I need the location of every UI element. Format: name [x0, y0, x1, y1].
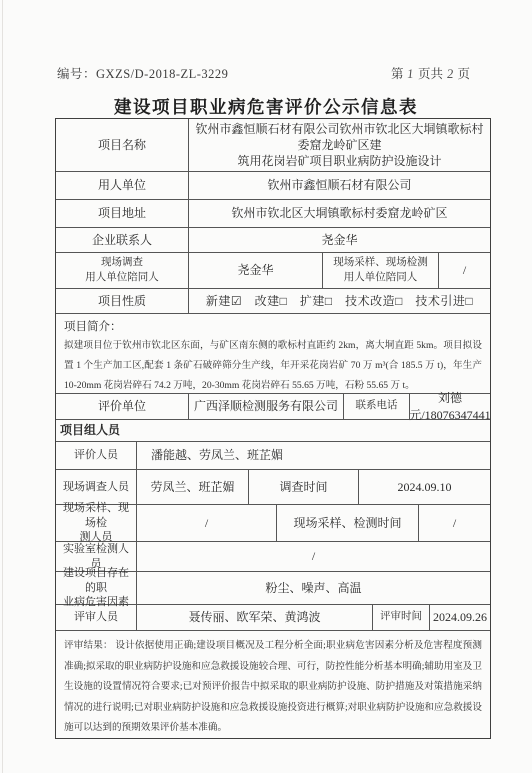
phone-label: 联系电话	[343, 394, 409, 419]
project-intro-cell: 项目简介： 拟建项目位于钦州市钦北区东面，与矿区南东侧的歌标村直距约 2km，离…	[56, 314, 490, 393]
table-row: 企业联系人 尧金华	[56, 227, 490, 252]
table-row: 评价人员 潘能越、劳凤兰、班芷媚	[56, 441, 490, 469]
survey-escort-label: 现场调查 用人单位陪同人	[56, 253, 188, 288]
survey-staff-label: 现场调查人员	[56, 470, 136, 504]
document-number-value: GXZS/D-2018-ZL-3229	[96, 67, 228, 81]
scanned-document-page: 编号：GXZS/D-2018-ZL-3229 第1页共2页 建设项目职业病危害评…	[0, 0, 532, 773]
review-result-cell: 评审结果： 设计依据使用正确;建设项目概况及工程分析全面;职业病危害因素分析及危…	[56, 631, 490, 738]
phone-value: 刘德元/18076347441	[409, 394, 490, 419]
table-row: 评审人员 聂传丽、欧军荣、黄鸿波 评审时间 2024.09.26	[56, 604, 490, 630]
reviewers-label: 评审人员	[56, 605, 136, 630]
document-number-label: 编号：	[57, 67, 96, 81]
lab-staff-value: /	[136, 542, 490, 571]
page-suffix: 页	[457, 67, 470, 81]
evaluator-org-label: 评价单位	[56, 394, 188, 419]
table-row: 项目名称 钦州市鑫恒顺石材有限公司钦州市钦北区大垌镇歌标村委窟龙岭矿区建 筑用花…	[56, 119, 490, 171]
contact-value: 尧金华	[188, 228, 490, 252]
employer-value: 钦州市鑫恒顺石材有限公司	[188, 172, 490, 199]
sampling-time-label: 现场采样、检测时间	[276, 505, 418, 541]
table-row: 用人单位 钦州市鑫恒顺石材有限公司	[56, 171, 490, 199]
address-value: 钦州市钦北区大垌镇歌标村委窟龙岭矿区	[188, 200, 490, 227]
table-row: 项目组人员	[56, 419, 490, 441]
table-row: 建设项目存在的职 业病危害因素 粉尘、噪声、高温	[56, 571, 490, 604]
table-row: 评审结果： 设计依据使用正确;建设项目概况及工程分析全面;职业病危害因素分析及危…	[56, 630, 490, 738]
page-total-number: 2	[442, 66, 458, 82]
document-title: 建设项目职业病危害评价公示信息表	[0, 94, 532, 119]
sampling-staff-label: 现场采样、现场检 测人员	[56, 505, 136, 541]
sampling-time-value: /	[418, 505, 490, 541]
survey-time-value: 2024.09.10	[358, 470, 490, 504]
sampling-escort-label: 现场采样、现场检测 用人单位陪同人	[322, 253, 438, 288]
table-row: 现场采样、现场检 测人员 / 现场采样、检测时间 /	[56, 504, 490, 541]
project-nature-label: 项目性质	[56, 289, 188, 313]
hazards-value: 粉尘、噪声、高温	[136, 572, 490, 604]
page-current-number: 1	[403, 66, 419, 82]
page-middle: 页共	[418, 67, 443, 81]
review-time-label: 评审时间	[372, 605, 429, 630]
sampling-staff-value: /	[136, 505, 276, 541]
hazards-label: 建设项目存在的职 业病危害因素	[56, 572, 136, 604]
table-row: 评价单位 广西泽顺检测服务有限公司 联系电话 刘德元/18076347441	[56, 393, 490, 419]
info-table: 项目名称 钦州市鑫恒顺石材有限公司钦州市钦北区大垌镇歌标村委窟龙岭矿区建 筑用花…	[55, 118, 491, 739]
table-row: 现场调查人员 劳凤兰、班芷媚 调查时间 2024.09.10	[56, 469, 490, 504]
team-section-header: 项目组人员	[56, 420, 490, 441]
page-number-indicator: 第1页共2页	[391, 64, 470, 82]
review-result-text: 评审结果： 设计依据使用正确;建设项目概况及工程分析全面;职业病危害因素分析及危…	[64, 636, 482, 739]
employer-label: 用人单位	[56, 172, 188, 199]
table-row: 项目性质 新建☑ 改建□ 扩建□ 技术改造□ 技术引进□	[56, 288, 490, 313]
project-intro-text: 拟建项目位于钦州市钦北区东面，与矿区南东侧的歌标村直距约 2km，离大垌直距 5…	[64, 336, 482, 396]
address-label: 项目地址	[56, 200, 188, 227]
contact-label: 企业联系人	[56, 228, 188, 252]
table-row: 项目地址 钦州市钦北区大垌镇歌标村委窟龙岭矿区	[56, 199, 490, 227]
project-intro-label: 项目简介：	[64, 318, 482, 336]
sampling-escort-value: /	[438, 253, 490, 288]
project-name-label: 项目名称	[56, 119, 188, 171]
evaluator-org-value: 广西泽顺检测服务有限公司	[188, 394, 343, 419]
project-name-value: 钦州市鑫恒顺石材有限公司钦州市钦北区大垌镇歌标村委窟龙岭矿区建 筑用花岗岩矿项目…	[188, 119, 490, 171]
review-time-value: 2024.09.26	[429, 605, 490, 630]
survey-time-label: 调查时间	[248, 470, 358, 504]
survey-staff-value: 劳凤兰、班芷媚	[136, 470, 248, 504]
survey-escort-value: 尧金华	[188, 253, 322, 288]
table-row: 现场调查 用人单位陪同人 尧金华 现场采样、现场检测 用人单位陪同人 /	[56, 252, 490, 288]
reviewers-value: 聂传丽、欧军荣、黄鸿波	[136, 605, 372, 630]
document-number: 编号：GXZS/D-2018-ZL-3229	[57, 64, 228, 82]
project-nature-value: 新建☑ 改建□ 扩建□ 技术改造□ 技术引进□	[188, 289, 490, 313]
table-row: 项目简介： 拟建项目位于钦州市钦北区东面，与矿区南东侧的歌标村直距约 2km，离…	[56, 313, 490, 393]
evaluators-label: 评价人员	[56, 442, 136, 469]
evaluators-value: 潘能越、劳凤兰、班芷媚	[136, 442, 490, 469]
